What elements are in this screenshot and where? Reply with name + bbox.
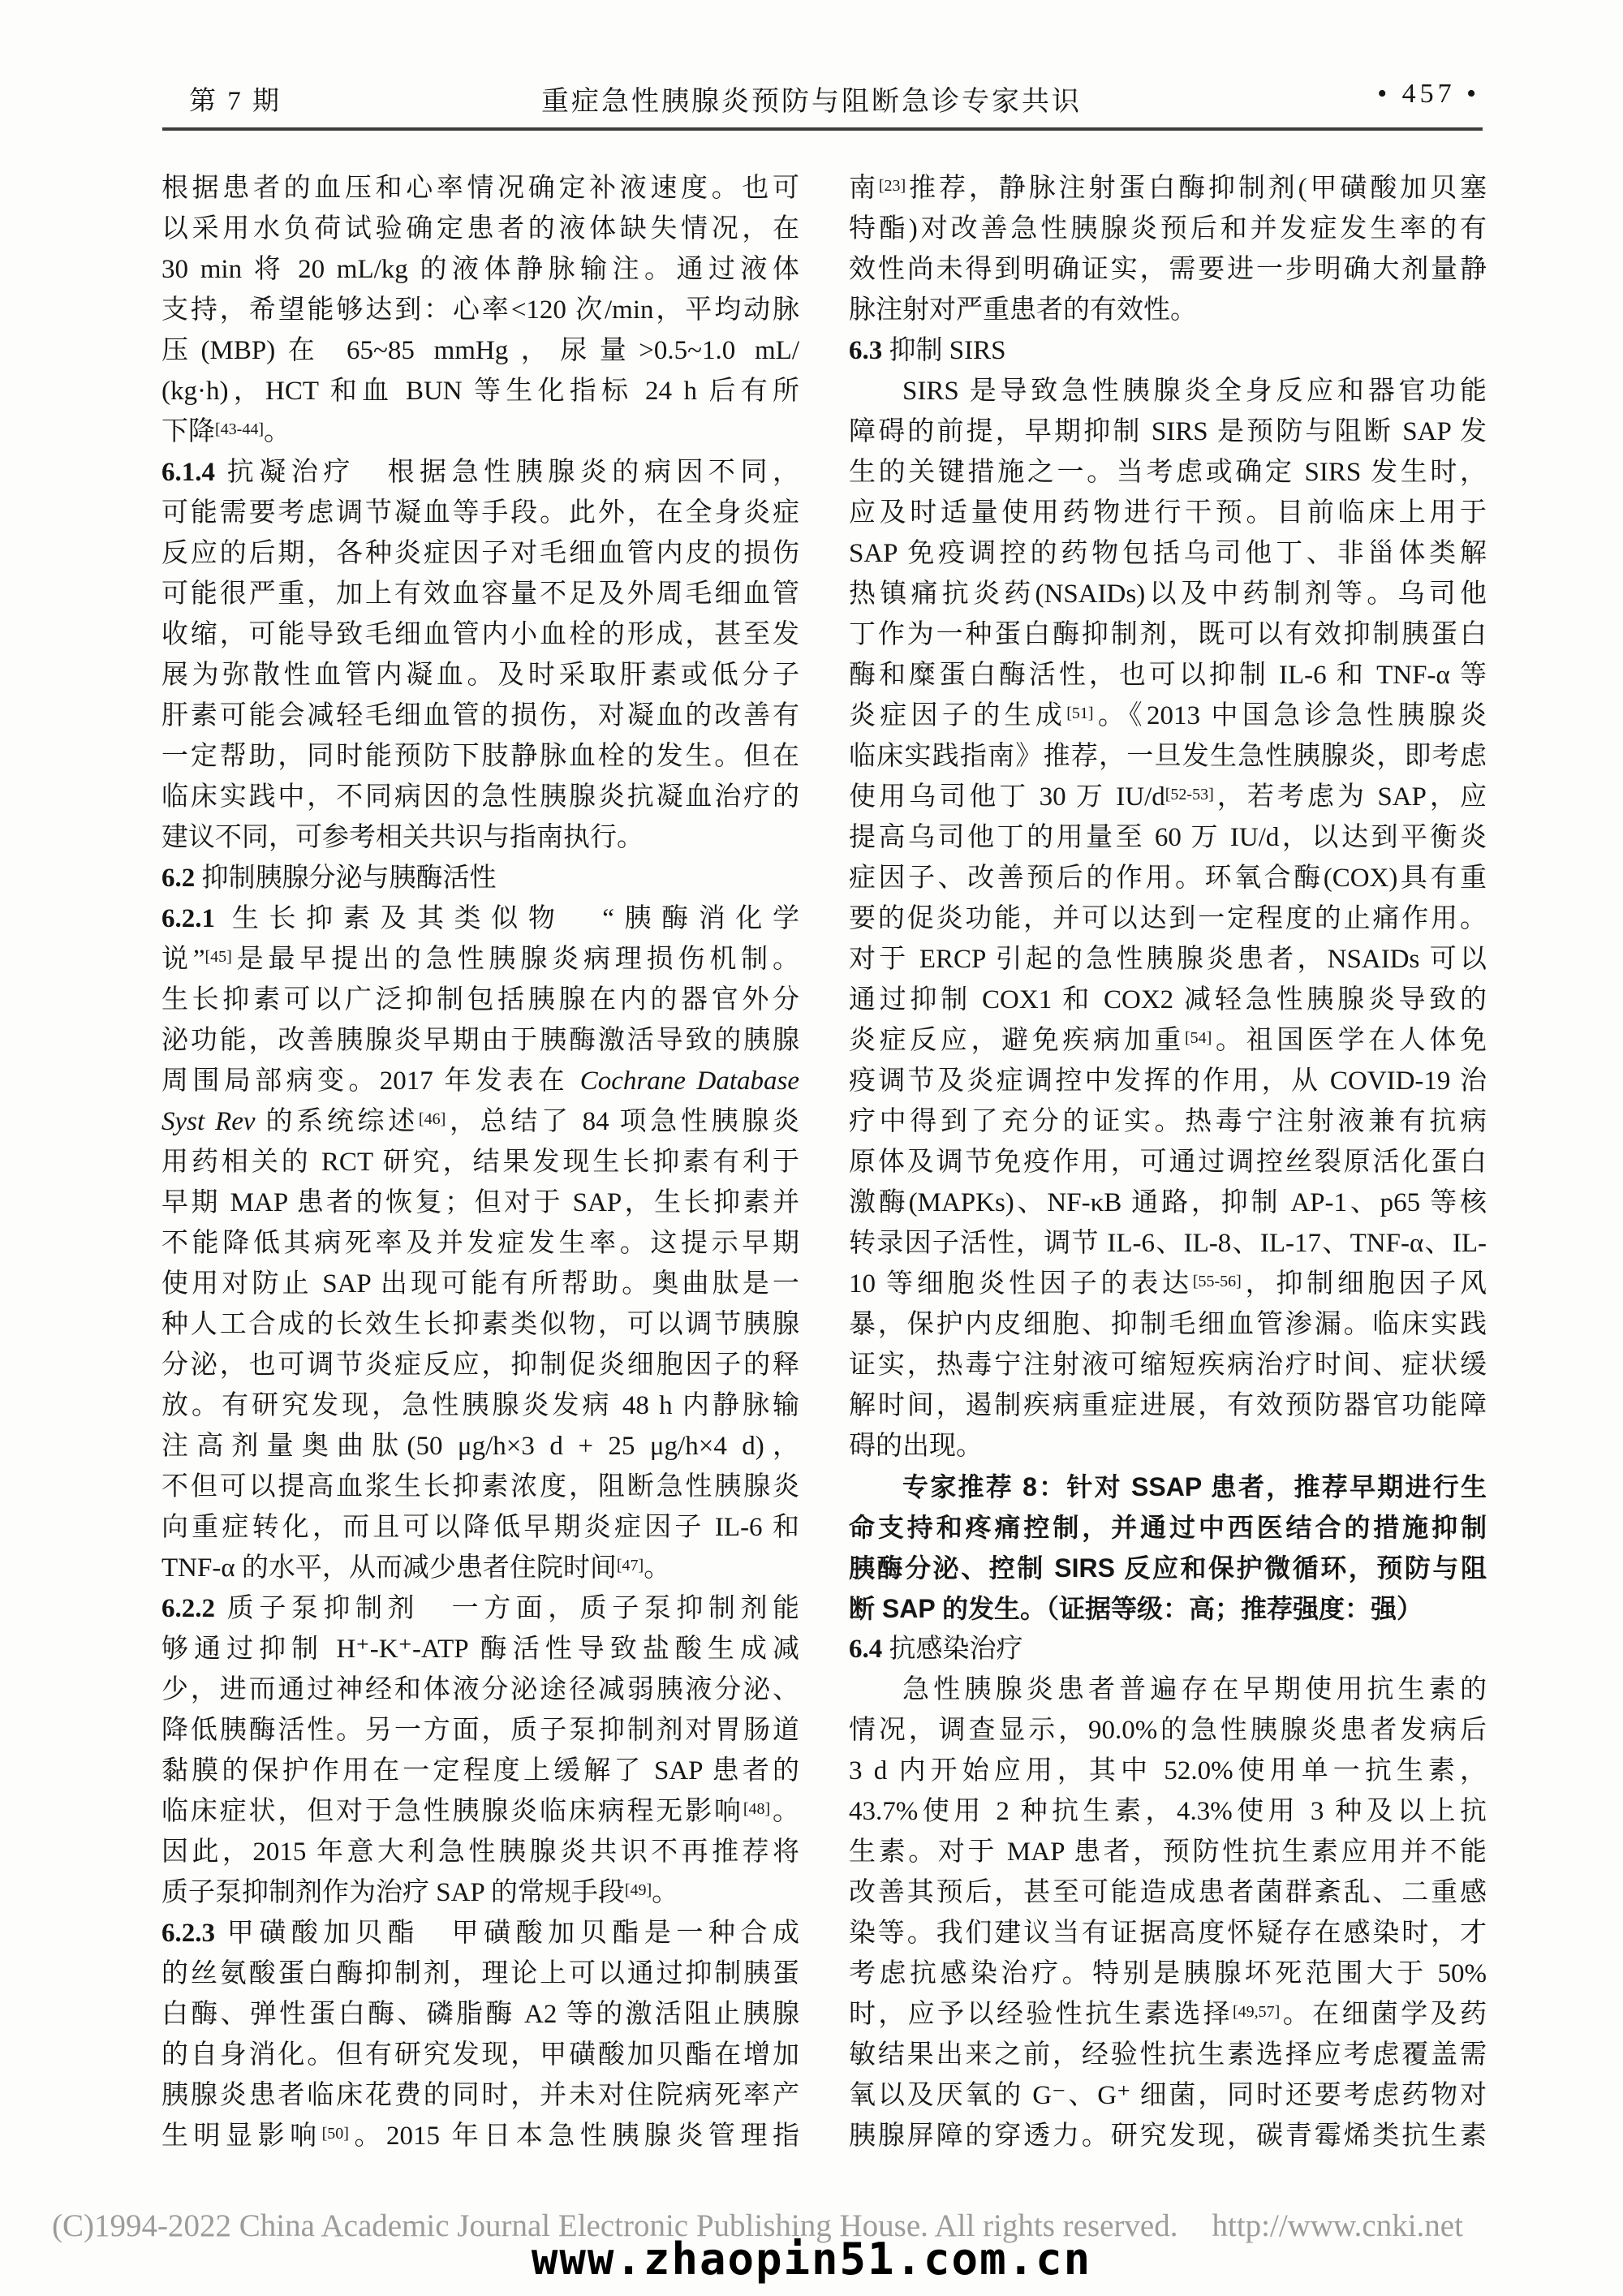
text-line: 43.7%使用 2 种抗生素，4.3%使用 3 种及以上抗: [849, 1791, 1487, 1832]
text-line: 建议不同，可参考相关共识与指南执行。: [161, 817, 799, 858]
text-line: 疫调节及炎症调控中发挥的作用，从 COVID-19 治: [849, 1061, 1487, 1101]
text-line: 丁作为一种蛋白酶抑制剂，既可以有效抑制胰蛋白: [849, 614, 1487, 655]
text-line: 向重症转化，而且可以降低早期炎症因子 IL-6 和: [161, 1507, 799, 1548]
text-line: 炎症因子的生成[51]。《2013 中国急诊急性胰腺炎: [849, 696, 1487, 736]
text-line: SAP 免疫调控的药物包括乌司他丁、非甾体类解: [849, 533, 1487, 574]
text-line: 生长抑素可以广泛抑制包括胰腺在内的器官外分: [161, 980, 799, 1020]
text-line: 暴，保护内皮细胞、抑制毛细血管渗漏。临床实践: [849, 1304, 1487, 1345]
text-line: 6.2 抑制胰腺分泌与胰酶活性: [161, 858, 799, 898]
text-line: 临床实践指南》推荐，一旦发生急性胰腺炎，即考虑: [849, 736, 1487, 777]
text-line: 黏膜的保护作用在一定程度上缓解了 SAP 患者的: [161, 1751, 799, 1791]
text-line: 提高乌司他丁的用量至 60 万 IU/d，以达到平衡炎: [849, 817, 1487, 858]
text-line: 6.2.1 生长抑素及其类似物 “胰酶消化学: [161, 898, 799, 939]
text-line: 碍的出现。: [849, 1426, 1487, 1467]
text-line: 不但可以提高血浆生长抑素浓度，阻断急性胰腺炎: [161, 1467, 799, 1507]
text-line: 30 min 将 20 mL/kg 的液体静脉输注。通过液体: [161, 249, 799, 290]
text-line: 解时间，遏制疾病重症进展，有效预防器官功能障: [849, 1385, 1487, 1426]
journal-page: 第 7 期 重症急性胰腺炎预防与阻断急诊专家共识 • 457 • 根据患者的血压…: [0, 0, 1623, 2296]
text-line: 考虑抗感染治疗。特别是胰腺坏死范围大于 50%: [849, 1954, 1487, 1994]
text-line: 早期 MAP 患者的恢复；但对于 SAP，生长抑素并: [161, 1182, 799, 1223]
column-left: 根据患者的血压和心率情况确定补液速度。也可以采用水负荷试验确定患者的液体缺失情况…: [161, 168, 799, 2156]
text-line: 使用乌司他丁 30 万 IU/d[52-53]，若考虑为 SAP，应: [849, 777, 1487, 817]
text-line: 少，进而通过神经和体液分泌途径减弱胰液分泌、: [161, 1669, 799, 1710]
text-line: 通过抑制 COX1 和 COX2 减轻急性胰腺炎导致的: [849, 980, 1487, 1020]
text-line: 证实，热毒宁注射液可缩短疾病治疗时间、症状缓: [849, 1345, 1487, 1385]
header-page-number: • 457 •: [1377, 79, 1480, 110]
text-line: 够通过抑制 H⁺-K⁺-ATP 酶活性导致盐酸生成减: [161, 1629, 799, 1669]
header-rule: [162, 127, 1483, 131]
text-line: SIRS 是导致急性胰腺炎全身反应和器官功能: [849, 371, 1487, 411]
text-line: (kg·h)，HCT 和血 BUN 等生化指标 24 h 后有所: [161, 371, 799, 411]
text-line: 质子泵抑制剂作为治疗 SAP 的常规手段[49]。: [161, 1872, 799, 1913]
text-line: 氧以及厌氧的 G⁻、G⁺ 细菌，同时还要考虑药物对: [849, 2075, 1487, 2116]
text-line: 使用对防止 SAP 出现可能有所帮助。奥曲肽是一: [161, 1264, 799, 1304]
text-line: 激酶(MAPKs)、NF-κB 通路，抑制 AP-1、p65 等核: [849, 1182, 1487, 1223]
watermark-text: www.zhaopin51.com.cn: [0, 2234, 1623, 2285]
text-line: 原体及调节免疫作用，可通过调控丝裂原活化蛋白: [849, 1142, 1487, 1182]
text-line: 6.2.2 质子泵抑制剂 一方面，质子泵抑制剂能: [161, 1588, 799, 1629]
text-line: 改善其预后，甚至可能造成患者菌群紊乱、二重感: [849, 1872, 1487, 1913]
text-line: Syst Rev 的系统综述[46]，总结了 84 项急性胰腺炎: [161, 1101, 799, 1142]
text-line: 的丝氨酸蛋白酶抑制剂，理论上可以通过抑制胰蛋: [161, 1954, 799, 1994]
text-line: 压(MBP)在 65~85 mmHg，尿量>0.5~1.0 mL/: [161, 330, 799, 371]
text-line: 敏结果出来之前，经验性抗生素选择应考虑覆盖需: [849, 2035, 1487, 2075]
text-line: 用药相关的 RCT 研究，结果发现生长抑素有利于: [161, 1142, 799, 1182]
text-line: 胰腺屏障的穿透力。研究发现，碳青霉烯类抗生素: [849, 2116, 1487, 2156]
text-line: 不能降低其病死率及并发症发生率。这提示早期: [161, 1223, 799, 1264]
text-line: 断 SAP 的发生。（证据等级：高；推荐强度：强）: [849, 1588, 1487, 1629]
text-line: 注高剂量奥曲肽(50 μg/h×3 d + 25 μg/h×4 d)，: [161, 1426, 799, 1467]
text-line: 一定帮助，同时能预防下肢静脉血栓的发生。但在: [161, 736, 799, 777]
text-line: 6.2.3 甲磺酸加贝酯 甲磺酸加贝酯是一种合成: [161, 1913, 799, 1954]
text-line: 放。有研究发现，急性胰腺炎发病 48 h 内静脉输: [161, 1385, 799, 1426]
text-line: 临床实践中，不同病因的急性胰腺炎抗凝血治疗的: [161, 777, 799, 817]
text-line: 因此，2015 年意大利急性胰腺炎共识不再推荐将: [161, 1832, 799, 1872]
text-line: 收缩，可能导致毛细血管内小血栓的形成，甚至发: [161, 614, 799, 655]
text-line: 症因子、改善预后的作用。环氧合酶(COX)具有重: [849, 858, 1487, 898]
text-line: 炎症反应，避免疾病加重[54]。祖国医学在人体免: [849, 1020, 1487, 1061]
column-right: 南[23]推荐，静脉注射蛋白酶抑制剂(甲磺酸加贝塞特酯)对改善急性胰腺炎预后和并…: [849, 168, 1487, 2156]
text-line: 肝素可能会减轻毛细血管的损伤，对凝血的改善有: [161, 696, 799, 736]
text-line: 以采用水负荷试验确定患者的液体缺失情况，在: [161, 209, 799, 249]
text-line: 酶和糜蛋白酶活性，也可以抑制 IL-6 和 TNF-α 等: [849, 655, 1487, 696]
text-line: 应及时适量使用药物进行干预。目前临床上用于: [849, 493, 1487, 533]
text-line: 生的关键措施之一。当考虑或确定 SIRS 发生时，: [849, 452, 1487, 493]
text-line: 6.3 抑制 SIRS: [849, 330, 1487, 371]
text-line: 下降[43-44]。: [161, 411, 799, 452]
text-line: 6.4 抗感染治疗: [849, 1629, 1487, 1669]
text-line: 要的促炎功能，并可以达到一定程度的止痛作用。: [849, 898, 1487, 939]
text-line: 可能很严重，加上有效血容量不足及外周毛细血管: [161, 574, 799, 614]
text-line: 障碍的前提，早期抑制 SIRS 是预防与阻断 SAP 发: [849, 411, 1487, 452]
text-line: 脉注射对严重患者的有效性。: [849, 290, 1487, 330]
text-line: 南[23]推荐，静脉注射蛋白酶抑制剂(甲磺酸加贝塞: [849, 168, 1487, 209]
text-line: 反应的后期，各种炎症因子对毛细血管内皮的损伤: [161, 533, 799, 574]
text-line: 转录因子活性，调节 IL-6、IL-8、IL-17、TNF-α、IL-: [849, 1223, 1487, 1264]
text-line: 根据患者的血压和心率情况确定补液速度。也可: [161, 168, 799, 209]
text-line: 胰酶分泌、控制 SIRS 反应和保护微循环，预防与阻: [849, 1548, 1487, 1588]
text-line: 可能需要考虑调节凝血等手段。此外，在全身炎症: [161, 493, 799, 533]
text-line: 说”[45]是最早提出的急性胰腺炎病理损伤机制。: [161, 939, 799, 980]
text-line: 分泌，也可调节炎症反应，抑制促炎细胞因子的释: [161, 1345, 799, 1385]
text-line: 10 等细胞炎性因子的表达[55-56]，抑制细胞因子风: [849, 1264, 1487, 1304]
text-line: 效性尚未得到明确证实，需要进一步明确大剂量静: [849, 249, 1487, 290]
text-line: 急性胰腺炎患者普遍存在早期使用抗生素的: [849, 1669, 1487, 1710]
text-line: 泌功能，改善胰腺炎早期由于胰酶激活导致的胰腺: [161, 1020, 799, 1061]
text-line: 时，应予以经验性抗生素选择[49,57]。在细菌学及药: [849, 1994, 1487, 2035]
text-line: 生明显影响[50]。2015 年日本急性胰腺炎管理指: [161, 2116, 799, 2156]
text-line: 热镇痛抗炎药(NSAIDs)以及中药制剂等。乌司他: [849, 574, 1487, 614]
text-line: 疗中得到了充分的证实。热毒宁注射液兼有抗病: [849, 1101, 1487, 1142]
text-line: 染等。我们建议当有证据高度怀疑存在感染时，才: [849, 1913, 1487, 1954]
text-line: 的自身消化。但有研究发现，甲磺酸加贝酯在增加: [161, 2035, 799, 2075]
text-line: 生素。对于 MAP 患者，预防性抗生素应用并不能: [849, 1832, 1487, 1872]
text-line: 3 d 内开始应用，其中 52.0%使用单一抗生素，: [849, 1751, 1487, 1791]
text-line: 展为弥散性血管内凝血。及时采取肝素或低分子: [161, 655, 799, 696]
text-line: 特酯)对改善急性胰腺炎预后和并发症发生率的有: [849, 209, 1487, 249]
text-line: 支持，希望能够达到：心率<120 次/min，平均动脉: [161, 290, 799, 330]
text-line: 专家推荐 8：针对 SSAP 患者，推荐早期进行生: [849, 1467, 1487, 1507]
text-line: 种人工合成的长效生长抑素类似物，可以调节胰腺: [161, 1304, 799, 1345]
text-line: 命支持和疼痛控制，并通过中西医结合的措施抑制: [849, 1507, 1487, 1548]
text-line: 6.1.4 抗凝治疗 根据急性胰腺炎的病因不同，: [161, 452, 799, 493]
text-line: 降低胰酶活性。另一方面，质子泵抑制剂对胃肠道: [161, 1710, 799, 1751]
text-line: 对于 ERCP 引起的急性胰腺炎患者，NSAIDs 可以: [849, 939, 1487, 980]
text-line: TNF-α 的水平，从而减少患者住院时间[47]。: [161, 1548, 799, 1588]
text-line: 情况，调查显示，90.0%的急性胰腺炎患者发病后: [849, 1710, 1487, 1751]
text-line: 周围局部病变。2017 年发表在 Cochrane Database: [161, 1061, 799, 1101]
text-line: 胰腺炎患者临床花费的同时，并未对住院病死率产: [161, 2075, 799, 2116]
text-line: 白酶、弹性蛋白酶、磷脂酶 A2 等的激活阻止胰腺: [161, 1994, 799, 2035]
text-line: 临床症状，但对于急性胰腺炎临床病程无影响[48]。: [161, 1791, 799, 1832]
